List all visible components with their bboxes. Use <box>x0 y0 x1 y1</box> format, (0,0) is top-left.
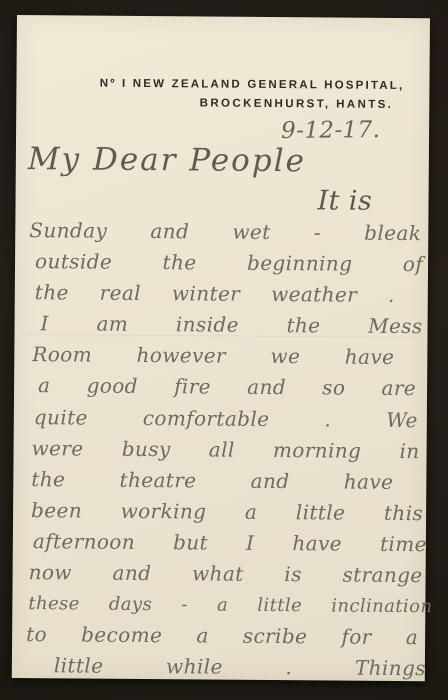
handwriting-line: the theatre and have <box>31 464 393 498</box>
letter-paper: Nº I NEW ZEALAND GENERAL HOSPITAL, BROCK… <box>12 15 430 681</box>
letter-body: Sunday and wet - bleak outside the begin… <box>26 215 422 684</box>
letter-photo-background: Nº I NEW ZEALAND GENERAL HOSPITAL, BROCK… <box>0 0 448 700</box>
handwriting-line: Sunday and wet - bleak <box>29 215 421 249</box>
salutation: My Dear People <box>28 141 306 179</box>
letterhead-hospital-location: BROCKENHURST, HANTS. <box>16 96 429 111</box>
handwriting-line: little while . Things <box>54 651 426 685</box>
handwriting-line: now and what is strange <box>28 557 422 591</box>
handwriting-line: Room however we have <box>32 340 394 374</box>
handwritten-date: 9-12-17. <box>281 117 380 144</box>
letterhead-hospital-name: Nº I NEW ZEALAND GENERAL HOSPITAL, <box>16 77 429 92</box>
handwriting-line: afternoon but I have time <box>33 526 427 560</box>
handwriting-line: outside the beginning of <box>35 246 423 280</box>
letterhead: Nº I NEW ZEALAND GENERAL HOSPITAL, BROCK… <box>16 77 429 111</box>
handwriting-line: were busy all morning in <box>31 433 419 467</box>
handwriting-line: been working a little this <box>31 495 423 529</box>
handwriting-line: I am inside the Mess <box>40 308 422 342</box>
opening-words: It is <box>317 185 372 216</box>
handwriting-line: a good fire and so are <box>38 371 416 405</box>
handwriting-line: the real winter weather . <box>35 277 395 311</box>
handwriting-line: to become a scribe for a <box>26 619 418 653</box>
handwriting-line: quite comfortable . We <box>34 402 418 436</box>
handwriting-line: these days - a little inclination <box>28 588 432 622</box>
